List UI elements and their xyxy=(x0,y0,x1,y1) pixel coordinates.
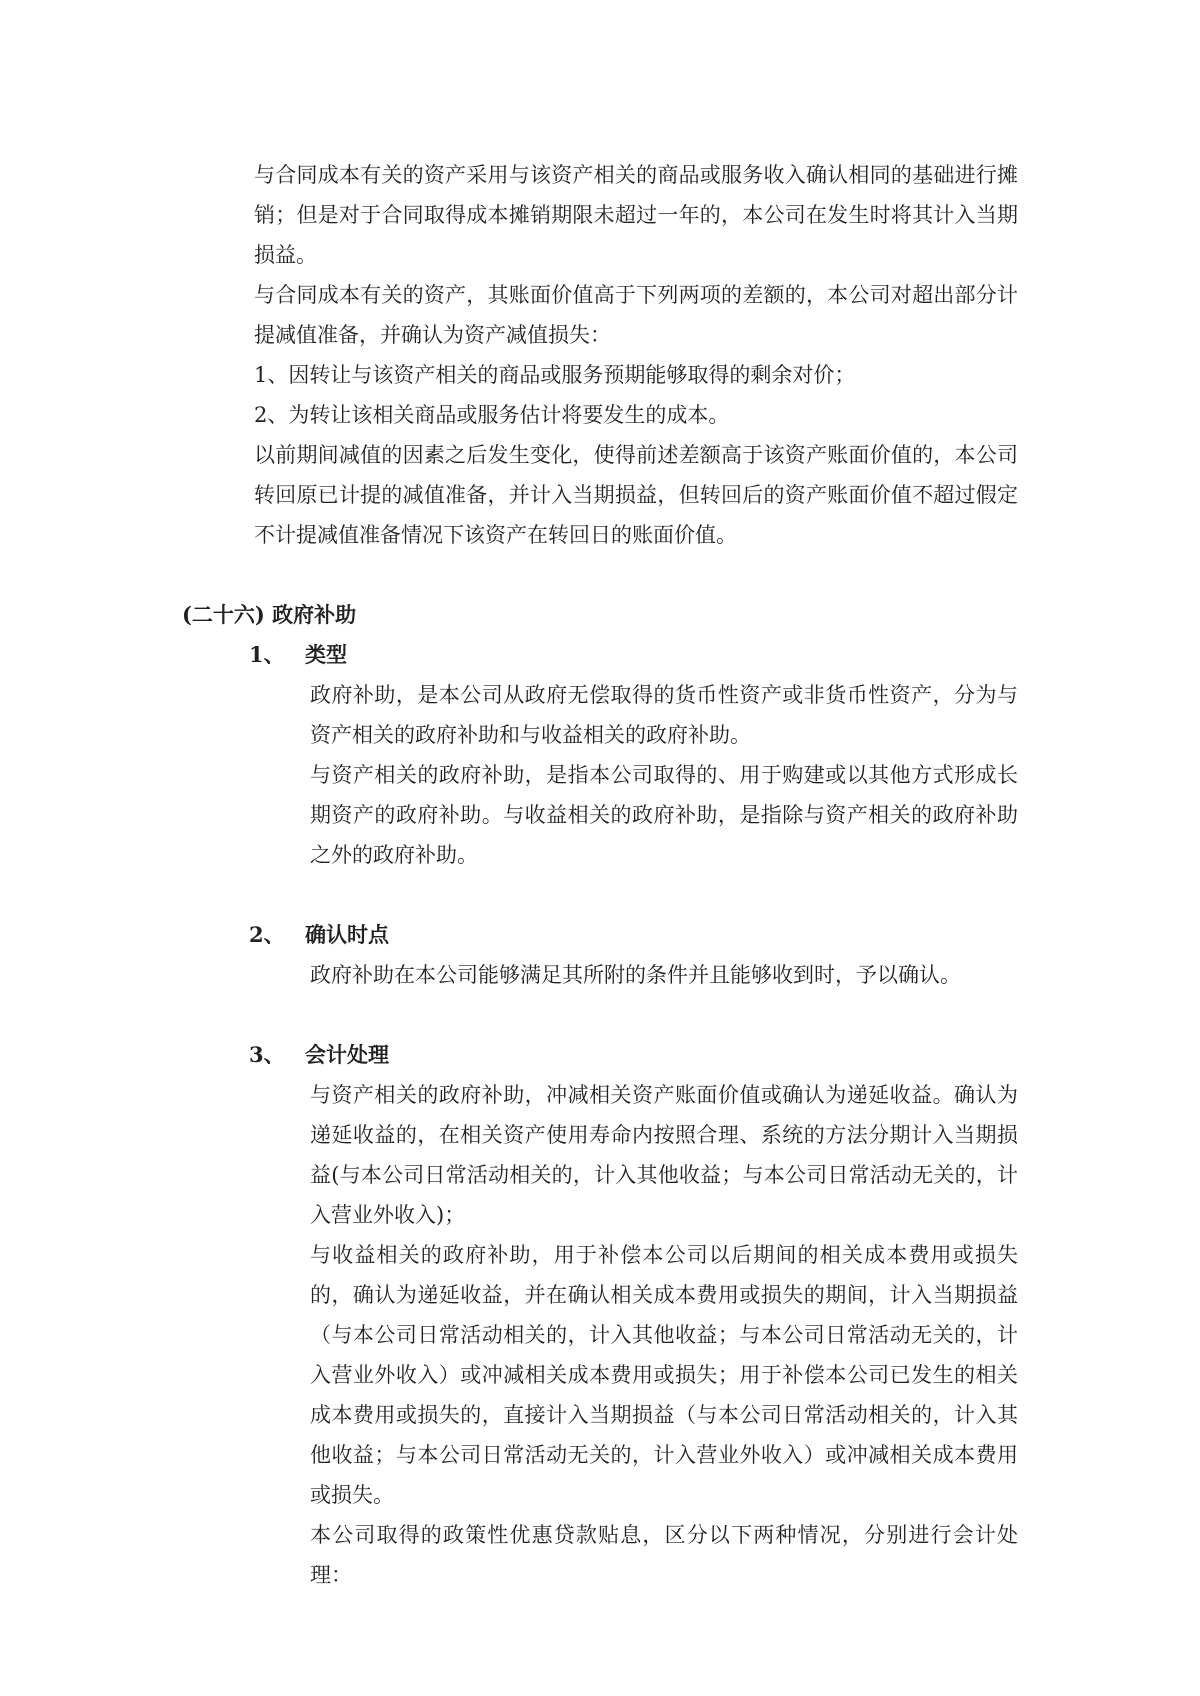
subsection-number: 3、 xyxy=(249,1035,305,1075)
subsection-heading-recognition-time: 2、确认时点 xyxy=(249,915,1200,955)
document-page: 与合同成本有关的资产采用与该资产相关的商品或服务收入确认相同的基础进行摊销；但是… xyxy=(0,0,1200,1696)
paragraph-contract-cost-amortization: 与合同成本有关的资产采用与该资产相关的商品或服务收入确认相同的基础进行摊销；但是… xyxy=(254,155,1018,275)
paragraph-grant-asset-vs-income: 与资产相关的政府补助，是指本公司取得的、用于购建或以其他方式形成长期资产的政府补… xyxy=(310,755,1018,875)
section-heading-government-grants: (二十六) 政府补助 xyxy=(182,595,1200,635)
list-item-estimated-cost: 2、为转让该相关商品或服务估计将要发生的成本。 xyxy=(254,395,1018,435)
subsection-title: 会计处理 xyxy=(305,1042,389,1067)
paragraph-impairment-provision: 与合同成本有关的资产，其账面价值高于下列两项的差额的，本公司对超出部分计提减值准… xyxy=(254,275,1018,355)
paragraph-grant-definition: 政府补助，是本公司从政府无偿取得的货币性资产或非货币性资产，分为与资产相关的政府… xyxy=(310,675,1018,755)
subsection-number: 2、 xyxy=(249,915,305,955)
paragraph-recognition-condition: 政府补助在本公司能够满足其所附的条件并且能够收到时，予以确认。 xyxy=(310,955,1018,995)
subsection-title: 类型 xyxy=(305,642,347,667)
paragraph-asset-related-treatment: 与资产相关的政府补助，冲减相关资产账面价值或确认为递延收益。确认为递延收益的，在… xyxy=(310,1075,1018,1235)
paragraph-impairment-reversal: 以前期间减值的因素之后发生变化，使得前述差额高于该资产账面价值的，本公司转回原已… xyxy=(254,435,1018,555)
subsection-title: 确认时点 xyxy=(305,922,389,947)
paragraph-policy-loan-discount: 本公司取得的政策性优惠贷款贴息，区分以下两种情况，分别进行会计处理： xyxy=(310,1515,1018,1595)
paragraph-income-related-treatment: 与收益相关的政府补助，用于补偿本公司以后期间的相关成本费用或损失的，确认为递延收… xyxy=(310,1235,1018,1515)
subsection-heading-type: 1、类型 xyxy=(249,635,1200,675)
subsection-number: 1、 xyxy=(249,635,305,675)
list-item-residual-consideration: 1、因转让与该资产相关的商品或服务预期能够取得的剩余对价； xyxy=(254,355,1018,395)
subsection-heading-accounting-treatment: 3、会计处理 xyxy=(249,1035,1200,1075)
